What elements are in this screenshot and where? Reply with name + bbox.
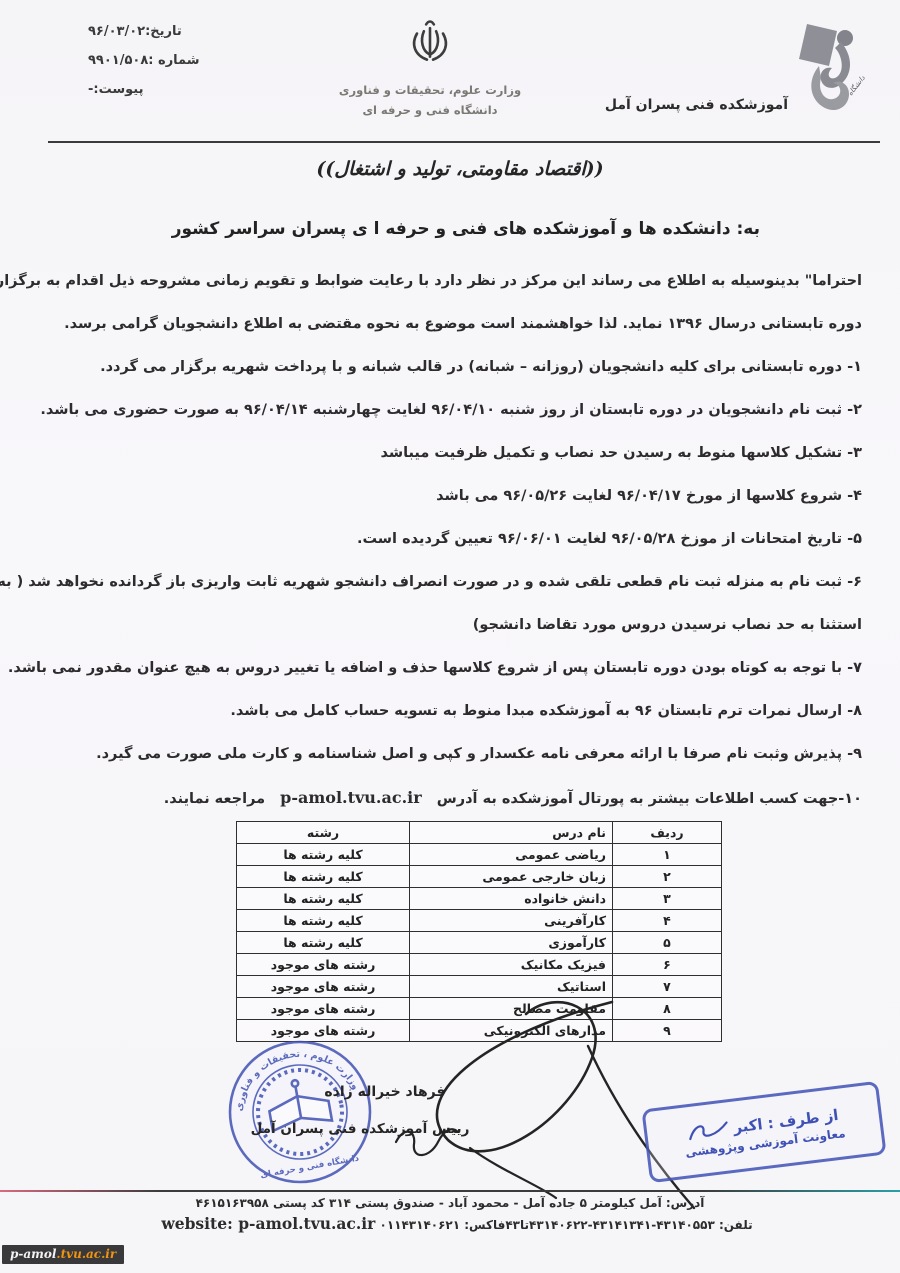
site-watermark-badge: p-amol.tvu.ac.ir [2, 1245, 124, 1264]
body-line-item-5: ۵- تاریخ امتحانات از موزخ ۹۶/۰۵/۲۸ لغایت… [55, 518, 862, 561]
badge-site-domain: .tvu.ac.ir [56, 1247, 116, 1261]
course-name: کارآموزی [410, 932, 613, 954]
year-slogan: ((اقتصاد مقاومتی، تولید و اشتغال)) [280, 158, 640, 180]
table-row: ۵ کارآموزی کلیه رشته ها [237, 932, 722, 954]
university-line: دانشگاه فنی و حرفه ای [330, 100, 530, 120]
letterhead-meta: تاریخ:۹۶/۰۳/۰۲ شماره :۹۹۰۱/۵۰۸ پیوست:- [88, 24, 220, 111]
table-row: ۲ زبان خارجی عمومی کلیه رشته ها [237, 866, 722, 888]
major: کلیه رشته ها [237, 844, 410, 866]
badge-site-name: p-amol [10, 1247, 56, 1261]
body-line-item-4: ۴- شروع کلاسها از مورخ ۹۶/۰۴/۱۷ لغایت ۹۶… [55, 475, 862, 518]
major: رشته های موجود [237, 954, 410, 976]
body-line-item-6: ۶- ثبت نام به منزله ثبت نام قطعی تلقی شد… [55, 561, 862, 604]
round-official-stamp: وزارت علوم ، تحقیقات و فناوری دانشگاه فن… [202, 1020, 398, 1203]
table-row: ۳ دانش خانواده کلیه رشته ها [237, 888, 722, 910]
row-number: ۴ [613, 910, 722, 932]
header-major: رشته [237, 822, 410, 844]
body-line-item-9: ۹- پذیرش وثبت نام صرفا با ارائه معرفی نا… [55, 733, 862, 776]
rect-stamp-handwriting-icon [687, 1118, 731, 1143]
letter-body: احتراما" بدینوسیله به اطلاع می رساند این… [55, 260, 862, 819]
institute-name: آموزشکده فنی پسران آمل [605, 97, 788, 113]
major: کلیه رشته ها [237, 866, 410, 888]
table-header-row: ردیف نام درس رشته [237, 822, 722, 844]
date-line: تاریخ:۹۶/۰۳/۰۲ [88, 24, 220, 39]
logo-script-text: دانشگاه [845, 73, 867, 97]
handwritten-signature-ink [370, 990, 720, 1215]
row-number: ۱ [613, 844, 722, 866]
course-name: زبان خارجی عمومی [410, 866, 613, 888]
table-row: ۱ ریاضی عمومی کلیه رشته ها [237, 844, 722, 866]
body-line: دوره تابستانی درسال ۱۳۹۶ نماید. لذا خواه… [55, 303, 862, 346]
website-url: p-amol.tvu.ac.ir [238, 1214, 375, 1233]
tvu-logo: دانشگاه [793, 22, 867, 120]
footer-divider [0, 1190, 900, 1192]
website-label: website: [161, 1214, 232, 1233]
item-10-suffix: مراجعه نمایند. [164, 791, 265, 807]
row-number: ۵ [613, 932, 722, 954]
body-line-item-3: ۳- تشکیل کلاسها منوط به رسیدن حد نصاب و … [55, 432, 862, 475]
body-line-item-8: ۸- ارسال نمرات ترم تابستان ۹۶ به آموزشکد… [55, 690, 862, 733]
body-line-item-7: ۷- با توجه به کوتاه بودن دوره تابستان پس… [55, 647, 862, 690]
number-line: شماره :۹۹۰۱/۵۰۸ [88, 53, 220, 68]
item-10-prefix: ۱۰-جهت کسب اطلاعات بیشتر به پورتال آموزش… [437, 791, 862, 807]
header-course-name: نام درس [410, 822, 613, 844]
portal-url: p-amol.tvu.ac.ir [270, 788, 432, 807]
body-line-item-2: ۲- ثبت نام دانشجویان در دوره تابستان از … [55, 389, 862, 432]
major: کلیه رشته ها [237, 888, 410, 910]
addressee-heading: به: دانشکده ها و آموزشکده های فنی و حرفه… [172, 219, 760, 239]
body-line-item-6-cont: استثنا به حد نصاب نرسیدن دروس مورد تقاضا… [55, 604, 862, 647]
course-name: ریاضی عمومی [410, 844, 613, 866]
iran-national-emblem-icon [407, 16, 453, 68]
row-number: ۲ [613, 866, 722, 888]
header-row-number: ردیف [613, 822, 722, 844]
attachment-line: پیوست:- [88, 82, 220, 97]
major: کلیه رشته ها [237, 910, 410, 932]
ministry-line: وزارت علوم، تحقیقات و فناوری [330, 80, 530, 100]
header-divider [48, 141, 880, 143]
footer-phone-fax: تلفن: ۴۳۱۴۰۵۵۳-۴۳۱۴۱۳۴۱-۴۳۱۴۰۶۲۲تا۴۳فاکس… [380, 1218, 753, 1232]
footer-website: website: p-amol.tvu.ac.ir [147, 1214, 375, 1233]
table-row: ۶ فیزیک مکانیک رشته های موجود [237, 954, 722, 976]
letterhead-center: وزارت علوم، تحقیقات و فناوری دانشگاه فنی… [330, 16, 530, 120]
row-number: ۶ [613, 954, 722, 976]
row-number: ۳ [613, 888, 722, 910]
table-row: ۴ کارآفرینی کلیه رشته ها [237, 910, 722, 932]
course-name: دانش خانواده [410, 888, 613, 910]
body-line-item-1: ۱- دوره تابستانی برای کلیه دانشجویان (رو… [55, 346, 862, 389]
course-name: کارآفرینی [410, 910, 613, 932]
body-line-item-10: ۱۰-جهت کسب اطلاعات بیشتر به پورتال آموزش… [55, 776, 862, 819]
major: کلیه رشته ها [237, 932, 410, 954]
footer-address: آدرس: آمل کیلومتر ۵ جاده آمل - محمود آبا… [0, 1196, 900, 1210]
body-line: احتراما" بدینوسیله به اطلاع می رساند این… [55, 260, 862, 303]
footer-contacts: تلفن: ۴۳۱۴۰۵۵۳-۴۳۱۴۱۳۴۱-۴۳۱۴۰۶۲۲تا۴۳فاکس… [0, 1214, 900, 1233]
course-name: فیزیک مکانیک [410, 954, 613, 976]
letter-page: تاریخ:۹۶/۰۳/۰۲ شماره :۹۹۰۱/۵۰۸ پیوست:- و… [0, 0, 900, 1273]
